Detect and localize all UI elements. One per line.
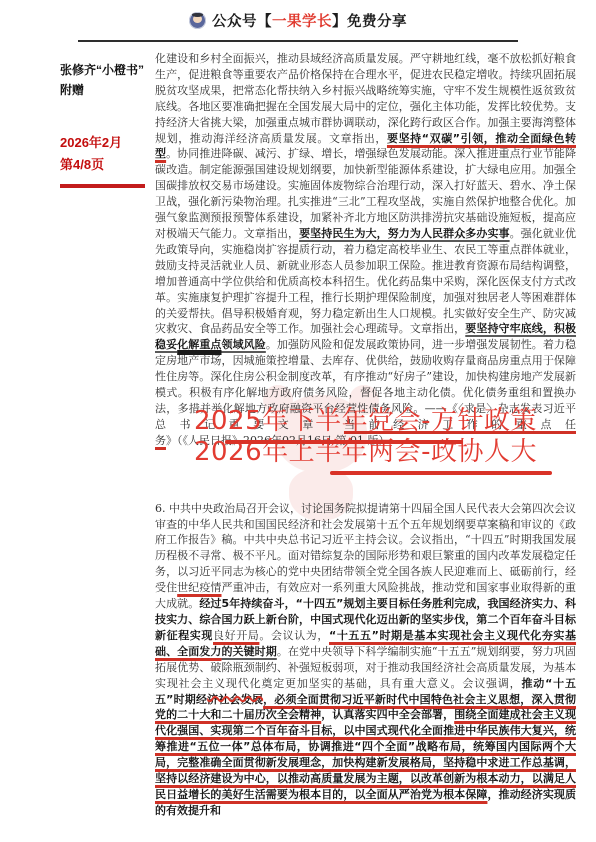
text-segment: 要坚持民生为大，努力为人民群众多办实事: [299, 227, 510, 240]
header-divider: [78, 40, 518, 42]
margin-note-title-line1: 张修齐“小橙书”: [60, 60, 152, 80]
margin-note-page-indicator: 第4/8页: [60, 154, 152, 176]
text-segment: 的关键时期: [221, 645, 276, 658]
text-segment: 济社会发展: [207, 693, 263, 706]
header-title-prefix: 公众号【: [212, 14, 272, 30]
margin-note-title-line2: 附赠: [60, 80, 152, 100]
paragraph-economic-tasks: 化建设和乡村全面振兴，推动县域经济高质量发展。严守耕地红线，毫不放松抓好粮食生产…: [155, 51, 576, 449]
red-annotation-underline: [330, 471, 552, 475]
header-title-suffix: 】免费分享: [332, 14, 407, 30]
text-segment: 。强化就业优先政策导向，实施稳岗扩容提质行动，着力稳定高校毕业生、农民工等重点群…: [155, 227, 576, 335]
margin-note-red-rule: [60, 184, 145, 188]
page-header: 公众号【一果学长】免费分享: [0, 10, 596, 31]
text-segment: ，认真落实四中全会部署，: [321, 708, 454, 721]
red-annotation-underline: [225, 440, 463, 444]
margin-notes: 张修齐“小橙书” 附赠 2026年2月 第4/8页: [60, 60, 152, 188]
brand-name: 一果学长: [272, 14, 332, 30]
paragraph-politburo-meeting: 6. 中共中央政治局召开会议，讨论国务院拟提请第十四届全国人民代表大会第四次会议…: [155, 501, 576, 819]
text-segment: 世纪疫情: [177, 581, 221, 594]
text-segment: 化解重点: [177, 338, 221, 351]
red-annotation-line1: 2025年下半年党会-方针政策: [155, 406, 576, 437]
text-segment: 良好开局: [213, 629, 259, 642]
text-segment: 领域风险: [222, 338, 266, 351]
red-annotation: 2025年下半年党会-方针政策 2026年上半年两会-政协人大: [155, 406, 576, 468]
margin-note-date: 2026年2月: [60, 132, 152, 154]
text-segment: 。会议认为，: [259, 629, 329, 642]
wechat-account-avatar-icon: [189, 12, 206, 29]
document-page: 公众号【一果学长】免费分享 张修齐“小橙书” 附赠 2026年2月 第4/8页 …: [0, 0, 596, 842]
